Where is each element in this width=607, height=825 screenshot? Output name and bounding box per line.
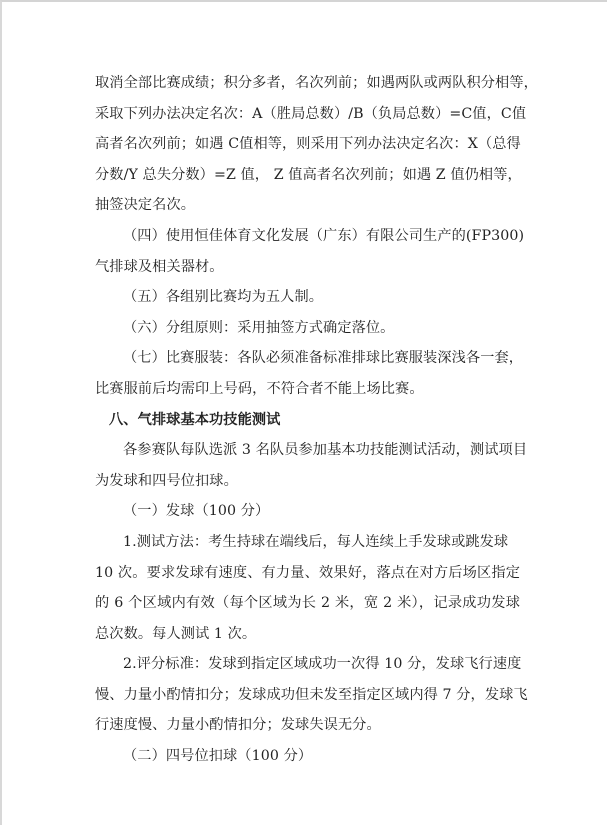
paragraph-line-ranking-rules-2: 采取下列办法决定名次：A（胜局总数）/B（负局总数）=C值，C值 <box>95 99 520 130</box>
subsection-spike-heading: （二）四号位扣球（100 分） <box>95 741 520 772</box>
paragraph-line-ranking-rules-3: 高者名次列前；如遇 C值相等，则采用下列办法决定名次：X（总得 <box>95 129 520 160</box>
paragraph-line-ranking-rules-4: 分数/Y 总失分数）=Z 值， Z 值高者名次列前；如遇 Z 值仍相等， <box>95 160 520 191</box>
document-page: 取消全部比赛成绩；积分多者，名次列前；如遇两队或两队积分相等， 采取下列办法决定… <box>0 0 607 825</box>
clause-7-uniforms-cont: 比赛服前后均需印上号码，不符合者不能上场比赛。 <box>95 374 520 405</box>
section-heading-skills-test: 八、气排球基本功技能测试 <box>95 405 520 436</box>
subsection-serve-heading: （一）发球（100 分） <box>95 496 520 527</box>
serve-scoring-criteria-cont-2: 行速度慢、力量小酌情扣分；发球失误无分。 <box>95 710 520 741</box>
clause-7-uniforms: （七）比赛服装：各队必须准备标准排球比赛服装深浅各一套， <box>95 343 520 374</box>
paragraph-line-ranking-rules-1: 取消全部比赛成绩；积分多者，名次列前；如遇两队或两队积分相等， <box>95 68 520 99</box>
clause-5-team-size: （五）各组别比赛均为五人制。 <box>95 282 520 313</box>
serve-test-method-cont-3: 总次数。每人测试 1 次。 <box>95 619 520 650</box>
paragraph-line-ranking-rules-5: 抽签决定名次。 <box>95 190 520 221</box>
serve-test-method-cont-2: 的 6 个区域内有效（每个区域为长 2 米，宽 2 米），记录成功发球 <box>95 588 520 619</box>
skills-test-intro-cont: 为发球和四号位扣球。 <box>95 466 520 497</box>
document-body: 取消全部比赛成绩；积分多者，名次列前；如遇两队或两队积分相等， 采取下列办法决定… <box>95 68 520 772</box>
serve-test-method-cont-1: 10 次。要求发球有速度、有力量、效果好，落点在对方后场区指定 <box>95 558 520 589</box>
serve-test-method: 1.测试方法：考生持球在端线后，每人连续上手发球或跳发球 <box>95 527 520 558</box>
serve-scoring-criteria-cont-1: 慢、力量小酌情扣分；发球成功但未发至指定区域内得 7 分，发球飞 <box>95 680 520 711</box>
clause-4-equipment-cont: 气排球及相关器材。 <box>95 252 520 283</box>
clause-6-grouping: （六）分组原则：采用抽签方式确定落位。 <box>95 313 520 344</box>
skills-test-intro: 各参赛队每队选派 3 名队员参加基本功技能测试活动，测试项目 <box>95 435 520 466</box>
clause-4-equipment: （四）使用恒佳体育文化发展（广东）有限公司生产的(FP300) <box>95 221 520 252</box>
serve-scoring-criteria: 2.评分标准：发球到指定区域成功一次得 10 分，发球飞行速度 <box>95 649 520 680</box>
